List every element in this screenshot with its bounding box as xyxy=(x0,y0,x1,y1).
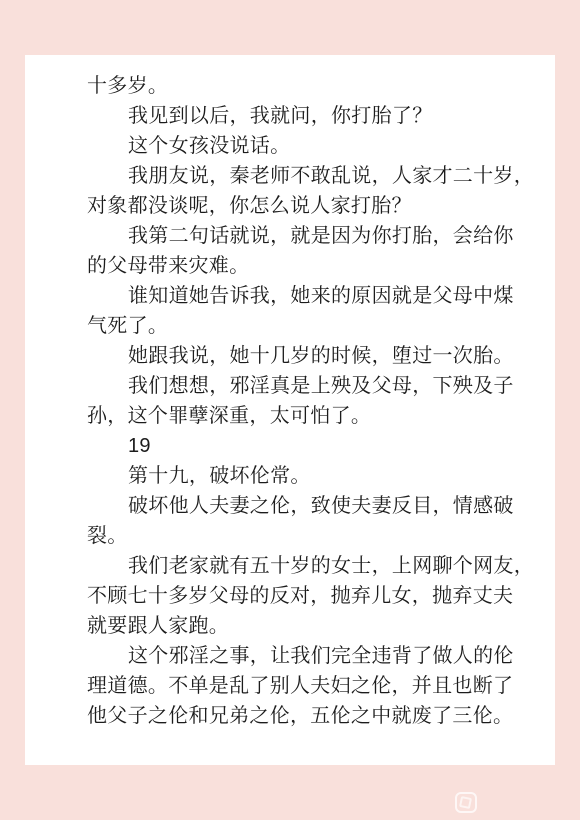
text-line: 我朋友说，秦老师不敢乱说，人家才二十岁， xyxy=(87,161,499,191)
text-line: 她跟我说，她十几岁的时候，堕过一次胎。 xyxy=(87,341,499,371)
text-line: 就要跟人家跑。 xyxy=(87,611,499,641)
text-line: 十多岁。 xyxy=(87,71,499,101)
text-line: 这个邪淫之事，让我们完全违背了做人的伦 xyxy=(87,641,499,671)
text-line: 谁知道她告诉我，她来的原因就是父母中煤 xyxy=(87,281,499,311)
watermark-glyph xyxy=(459,796,472,809)
text-line: 第十九，破坏伦常。 xyxy=(87,461,499,491)
text-line: 对象都没谈呢，你怎么说人家打胎？ xyxy=(87,191,499,221)
text-line: 孙，这个罪孽深重，太可怕了。 xyxy=(87,401,499,431)
text-line: 的父母带来灾难。 xyxy=(87,251,499,281)
text-line: 我们老家就有五十岁的女士，上网聊个网友， xyxy=(87,551,499,581)
text-line: 他父子之伦和兄弟之伦，五伦之中就废了三伦。 xyxy=(87,701,499,731)
text-line: 19 xyxy=(87,431,499,461)
text-line: 裂。 xyxy=(87,521,499,551)
text-line: 理道德。不单是乱了别人夫妇之伦，并且也断了 xyxy=(87,671,499,701)
text-line: 我们想想，邪淫真是上殃及父母，下殃及子 xyxy=(87,371,499,401)
text-line: 我见到以后，我就问，你打胎了？ xyxy=(87,101,499,131)
book-page[interactable]: 十多岁。我见到以后，我就问，你打胎了？这个女孩没说话。我朋友说，秦老师不敢乱说，… xyxy=(25,55,555,765)
page-text: 十多岁。我见到以后，我就问，你打胎了？这个女孩没说话。我朋友说，秦老师不敢乱说，… xyxy=(87,71,499,731)
text-line: 不顾七十多岁父母的反对，抛弃儿女，抛弃丈夫 xyxy=(87,581,499,611)
text-line: 这个女孩没说话。 xyxy=(87,131,499,161)
text-line: 破坏他人夫妻之伦，致使夫妻反目，情感破 xyxy=(87,491,499,521)
text-line: 气死了。 xyxy=(87,311,499,341)
reader-app-logo-icon xyxy=(455,792,477,813)
text-line: 我第二句话就说，就是因为你打胎，会给你 xyxy=(87,221,499,251)
